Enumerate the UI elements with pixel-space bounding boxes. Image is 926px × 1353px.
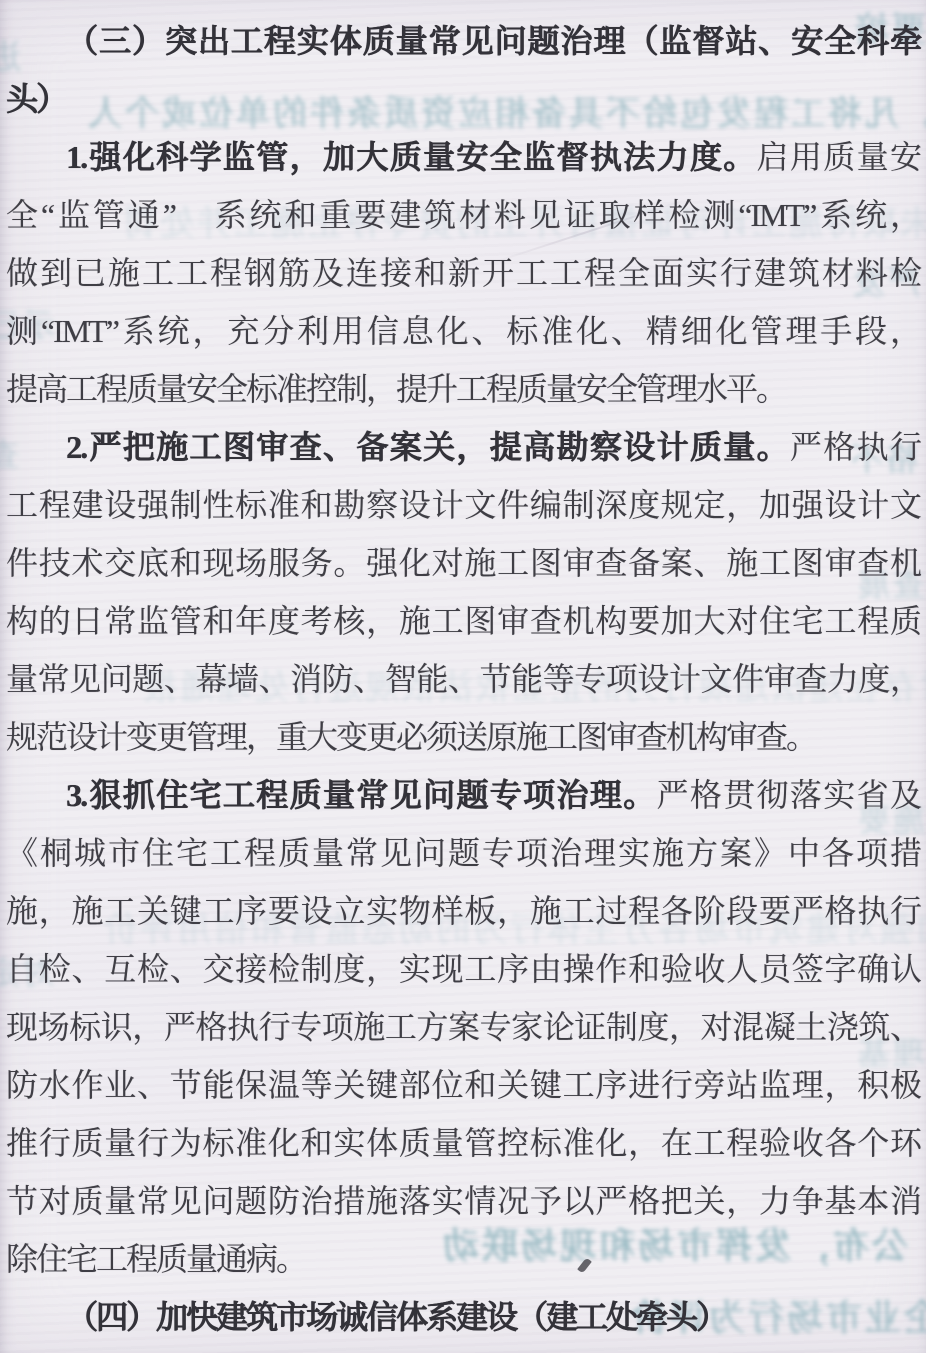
- text-line: 测“IMT”系统，充分利用信息化、标准化、精细化管理手段，: [6, 302, 920, 360]
- emphasis-text: （三）突出工程实体质量常见问题治理（监督站、安全科牵: [66, 23, 920, 59]
- emphasis-text: 1.强化科学监管，加大质量安全监督执法力度。: [66, 139, 757, 175]
- text-line: 规范设计变更管理，重大变更必须送原施工图审查机构审查。: [6, 708, 920, 766]
- text-line: 《桐城市住宅工程质量常见问题专项治理实施方案》中各项措: [6, 824, 920, 882]
- text-line: 工程建设强制性标准和勘察设计文件编制深度规定，加强设计文: [6, 476, 920, 534]
- text-line: 头）: [6, 70, 920, 128]
- text-line: （四）加快建筑市场诚信体系建设（建工处牵头）: [6, 1288, 920, 1346]
- text-line: 自检、互检、交接检制度，实现工序由操作和验收人员签字确认: [6, 940, 920, 998]
- body-text: 全“监管通” 系统和重要建筑材料见证取样检测“IMT”系统，: [6, 197, 920, 233]
- body-text: 严格贯彻落实省及: [656, 777, 920, 813]
- body-text: 测“IMT”系统，充分利用信息化、标准化、精细化管理手段，: [6, 313, 920, 349]
- emphasis-text: 头）: [6, 81, 66, 117]
- text-line: 件技术交底和现场服务。强化对施工图审查备案、施工图审查机: [6, 534, 920, 592]
- body-text: 《桐城市住宅工程质量常见问题专项治理实施方案》中各项措: [6, 835, 920, 871]
- text-line: （三）突出工程实体质量常见问题治理（监督站、安全科牵: [6, 12, 920, 70]
- body-text: 提高工程质量安全标准控制，提升工程质量安全管理水平。: [6, 371, 786, 407]
- body-text: 启用质量安: [757, 139, 920, 175]
- text-line: 1.强化科学监管，加大质量安全监督执法力度。启用质量安: [6, 128, 920, 186]
- body-text: 防水作业、节能保温等关键部位和关键工序进行旁站监理，积极: [6, 1067, 920, 1103]
- text-line: 现场标识，严格执行专项施工方案专家论证制度，对混凝土浇筑、: [6, 998, 920, 1056]
- body-text: 自检、互检、交接检制度，实现工序由操作和验收人员签字确认: [6, 951, 920, 987]
- text-line: 3.狠抓住宅工程质量常见问题专项治理。严格贯彻落实省及: [6, 766, 920, 824]
- emphasis-text: （四）加快建筑市场诚信体系建设（建工处牵头）: [66, 1299, 726, 1335]
- scanned-document-page: 行为。凡将工程发包给不具备相应资质条件的单位或个人督要培进未取得施工许可证擅自开…: [0, 0, 926, 1353]
- text-line: 提高工程质量安全标准控制，提升工程质量安全管理水平。: [6, 360, 920, 418]
- body-text: 构的日常监管和年度考核，施工图审查机构要加大对住宅工程质: [6, 603, 920, 639]
- body-text: 节对质量常见问题防治措施落实情况予以严格把关，力争基本消: [6, 1183, 920, 1219]
- text-line: 除住宅工程质量通病。: [6, 1230, 920, 1288]
- emphasis-text: 3.狠抓住宅工程质量常见问题专项治理。: [66, 777, 656, 813]
- text-line: 防水作业、节能保温等关键部位和关键工序进行旁站监理，积极: [6, 1056, 920, 1114]
- emphasis-text: 2.严把施工图审查、备案关，提高勘察设计质量。: [66, 429, 790, 465]
- text-line: 施，施工关键工序要设立实物样板，施工过程各阶段要严格执行: [6, 882, 920, 940]
- text-line: 做到已施工工程钢筋及连接和新开工工程全面实行建筑材料检: [6, 244, 920, 302]
- body-text: 量常见问题、幕墙、消防、智能、节能等专项设计文件审查力度，: [6, 661, 920, 697]
- text-line: 构的日常监管和年度考核，施工图审查机构要加大对住宅工程质: [6, 592, 920, 650]
- text-line: 量常见问题、幕墙、消防、智能、节能等专项设计文件审查力度，: [6, 650, 920, 708]
- text-line: 2.严把施工图审查、备案关，提高勘察设计质量。严格执行: [6, 418, 920, 476]
- text-line: 节对质量常见问题防治措施落实情况予以严格把关，力争基本消: [6, 1172, 920, 1230]
- document-text: （三）突出工程实体质量常见问题治理（监督站、安全科牵头）1.强化科学监管，加大质…: [6, 12, 920, 1346]
- text-line: 全“监管通” 系统和重要建筑材料见证取样检测“IMT”系统，: [6, 186, 920, 244]
- body-text: 工程建设强制性标准和勘察设计文件编制深度规定，加强设计文: [6, 487, 920, 523]
- body-text: 除住宅工程质量通病。: [6, 1241, 306, 1277]
- body-text: 规范设计变更管理，重大变更必须送原施工图审查机构审查。: [6, 719, 816, 755]
- body-text: 做到已施工工程钢筋及连接和新开工工程全面实行建筑材料检: [6, 255, 920, 291]
- body-text: 现场标识，严格执行专项施工方案专家论证制度，对混凝土浇筑、: [6, 1009, 920, 1045]
- body-text: 严格执行: [790, 429, 920, 465]
- body-text: 推行质量行为标准化和实体质量管控标准化，在工程验收各个环: [6, 1125, 920, 1161]
- body-text: 件技术交底和现场服务。强化对施工图审查备案、施工图审查机: [6, 545, 920, 581]
- body-text: 施，施工关键工序要设立实物样板，施工过程各阶段要严格执行: [6, 893, 920, 929]
- text-line: 推行质量行为标准化和实体质量管控标准化，在工程验收各个环: [6, 1114, 920, 1172]
